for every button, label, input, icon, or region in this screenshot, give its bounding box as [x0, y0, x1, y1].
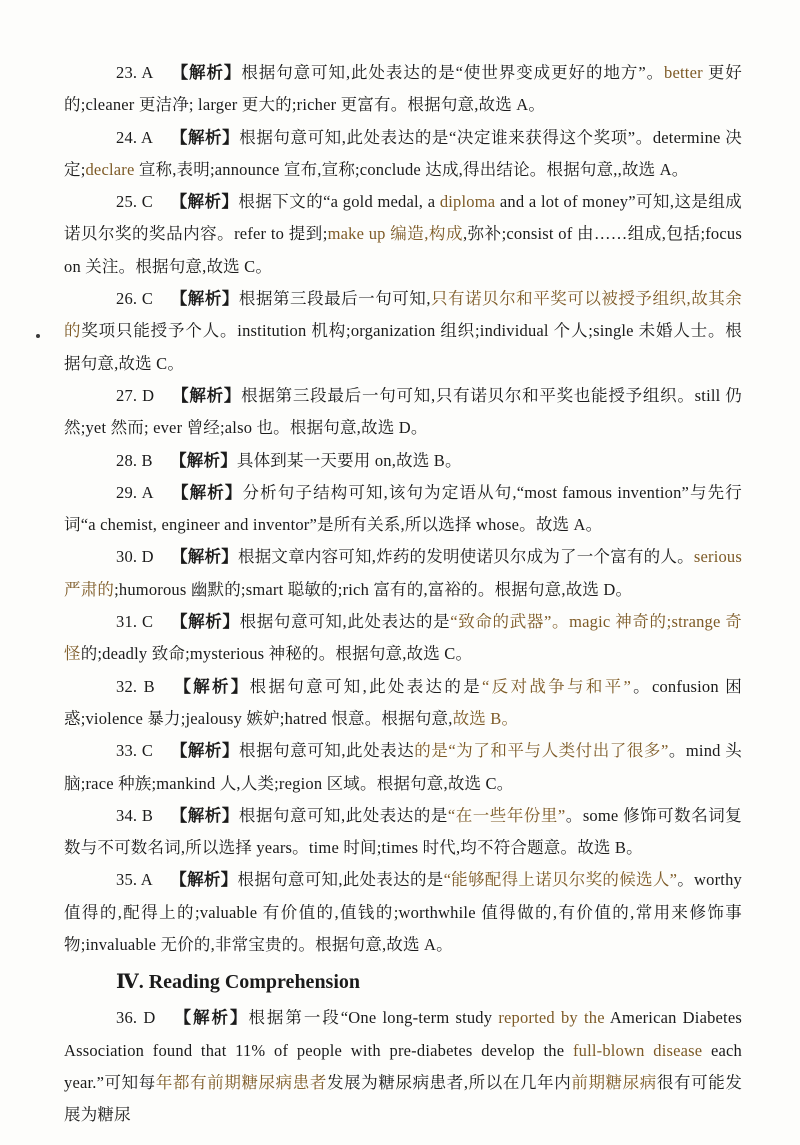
answer-number: 36. D — [116, 1008, 168, 1027]
answer-text: 根据句意可知,此处表达 — [239, 741, 414, 760]
answer-text: 根据句意可知,此处表达的是“使世界变成更好的地方”。 — [241, 63, 664, 82]
analysis-tag: 【解析】 — [171, 806, 239, 825]
answer-text: 根据第三段最后一句可知, — [239, 289, 431, 308]
highlighted-text: better — [664, 63, 703, 82]
highlighted-text: reported by the — [498, 1008, 604, 1027]
analysis-tag: 【解析】 — [171, 289, 239, 308]
answer-number: 26. C — [116, 289, 166, 308]
page-content: 23. A 【解析】根据句意可知,此处表达的是“使世界变成更好的地方”。bett… — [64, 57, 742, 1132]
scanned-answer-key-page: 23. A 【解析】根据句意可知,此处表达的是“使世界变成更好的地方”。bett… — [0, 0, 800, 1145]
answer-number: 30. D — [116, 547, 167, 566]
highlighted-text: diploma — [440, 192, 495, 211]
answer-text: 奖项只能授予个人。institution 机构;organization 组织;… — [64, 321, 742, 372]
answer-item: 23. A 【解析】根据句意可知,此处表达的是“使世界变成更好的地方”。bett… — [64, 57, 742, 122]
answer-number: 31. C — [116, 612, 166, 631]
answer-item: 29. A 【解析】分析句子结构可知,该句为定语从句,“most famous … — [64, 477, 742, 542]
answer-number: 25. C — [116, 192, 166, 211]
answer-item: 33. C 【解析】根据句意可知,此处表达的是“为了和平与人类付出了很多”。mi… — [64, 735, 742, 800]
highlighted-text: “能够配得上诺贝尔奖的候选人” — [444, 870, 678, 889]
answer-text: 的;deadly 致命;mysterious 神秘的。根据句意,故选 C。 — [81, 644, 472, 663]
answer-item: 31. C 【解析】根据句意可知,此处表达的是“致命的武器”。magic 神奇的… — [64, 606, 742, 671]
answer-item: 36. D 【解析】根据第一段“One long-term study repo… — [64, 1002, 742, 1131]
highlighted-text: “在一些年份里” — [448, 806, 566, 825]
answer-number: 29. A — [116, 483, 167, 502]
answer-text: 具体到某一天要用 on,故选 B。 — [237, 451, 462, 470]
answer-item: 27. D 【解析】根据第三段最后一句可知,只有诺贝尔和平奖也能授予组织。sti… — [64, 380, 742, 445]
answer-text: 宣称,表明;announce 宣布,宣称;conclude 达成,得出结论。根据… — [135, 160, 689, 179]
answers-list-reading: 36. D 【解析】根据第一段“One long-term study repo… — [64, 1002, 742, 1131]
answer-item: 32. B 【解析】根据句意可知,此处表达的是“反对战争与和平”。confusi… — [64, 671, 742, 736]
scan-speck — [36, 334, 40, 338]
analysis-tag: 【解析】 — [171, 741, 239, 760]
highlighted-text: make up 编造,构成 — [328, 224, 463, 243]
highlighted-text: full-blown disease — [573, 1041, 702, 1060]
highlighted-text: 的是“为了和平与人类付出了很多” — [414, 741, 668, 760]
answer-text: 根据第一段“One long-term study — [248, 1008, 498, 1027]
answer-item: 26. C 【解析】根据第三段最后一句可知,只有诺贝尔和平奖可以被授予组织,故其… — [64, 283, 742, 380]
answer-item: 28. B 【解析】具体到某一天要用 on,故选 B。 — [64, 445, 742, 477]
answer-item: 34. B 【解析】根据句意可知,此处表达的是“在一些年份里”。some 修饰可… — [64, 800, 742, 865]
answer-text: 发展为糖尿病患者,所以在几年内 — [327, 1073, 571, 1092]
answer-text: 根据下文的“a gold medal, a — [238, 192, 439, 211]
analysis-tag: 【解析】 — [175, 1008, 249, 1027]
answer-text: 根据句意可知,此处表达的是 — [240, 612, 451, 631]
answer-item: 24. A 【解析】根据句意可知,此处表达的是“决定谁来获得这个奖项”。dete… — [64, 122, 742, 187]
analysis-tag: 【解析】 — [172, 63, 242, 82]
answer-number: 23. A — [116, 63, 167, 82]
answer-number: 32. B — [116, 677, 168, 696]
analysis-tag: 【解析】 — [170, 870, 237, 889]
answer-text: 根据文章内容可知,炸药的发明使诺贝尔成为了一个富有的人。 — [238, 547, 694, 566]
answer-number: 35. A — [116, 870, 166, 889]
analysis-tag: 【解析】 — [172, 386, 241, 405]
highlighted-text: 年都有前期糖尿病患者 — [156, 1073, 327, 1092]
answer-text: 根据句意可知,此处表达的是 — [238, 870, 444, 889]
answer-number: 28. B — [116, 451, 166, 470]
answer-number: 24. A — [116, 128, 166, 147]
answer-item: 25. C 【解析】根据下文的“a gold medal, a diploma … — [64, 186, 742, 283]
analysis-tag: 【解析】 — [171, 547, 238, 566]
answer-number: 33. C — [116, 741, 166, 760]
answers-list-cloze: 23. A 【解析】根据句意可知,此处表达的是“使世界变成更好的地方”。bett… — [64, 57, 742, 961]
answer-item: 30. D 【解析】根据文章内容可知,炸药的发明使诺贝尔成为了一个富有的人。se… — [64, 541, 742, 606]
answer-text: ;humorous 幽默的;smart 聪敏的;rich 富有的,富裕的。根据句… — [114, 580, 632, 599]
analysis-tag: 【解析】 — [171, 192, 239, 211]
answer-text: 根据句意可知,此处表达的是 — [239, 806, 448, 825]
analysis-tag: 【解析】 — [170, 451, 237, 470]
analysis-tag: 【解析】 — [171, 612, 240, 631]
highlighted-text: “反对战争与和平” — [482, 677, 631, 696]
answer-number: 34. B — [116, 806, 166, 825]
highlighted-text: 前期糖尿病 — [571, 1073, 657, 1092]
answer-number: 27. D — [116, 386, 167, 405]
answer-text: 根据句意可知,此处表达的是 — [250, 677, 482, 696]
analysis-tag: 【解析】 — [174, 677, 249, 696]
highlighted-text: declare — [85, 160, 134, 179]
section-heading-reading-comprehension: Ⅳ. Reading Comprehension — [64, 966, 742, 999]
answer-item: 35. A 【解析】根据句意可知,此处表达的是“能够配得上诺贝尔奖的候选人”。w… — [64, 864, 742, 961]
highlighted-text: 故选 B。 — [453, 709, 519, 728]
analysis-tag: 【解析】 — [172, 483, 243, 502]
analysis-tag: 【解析】 — [171, 128, 239, 147]
